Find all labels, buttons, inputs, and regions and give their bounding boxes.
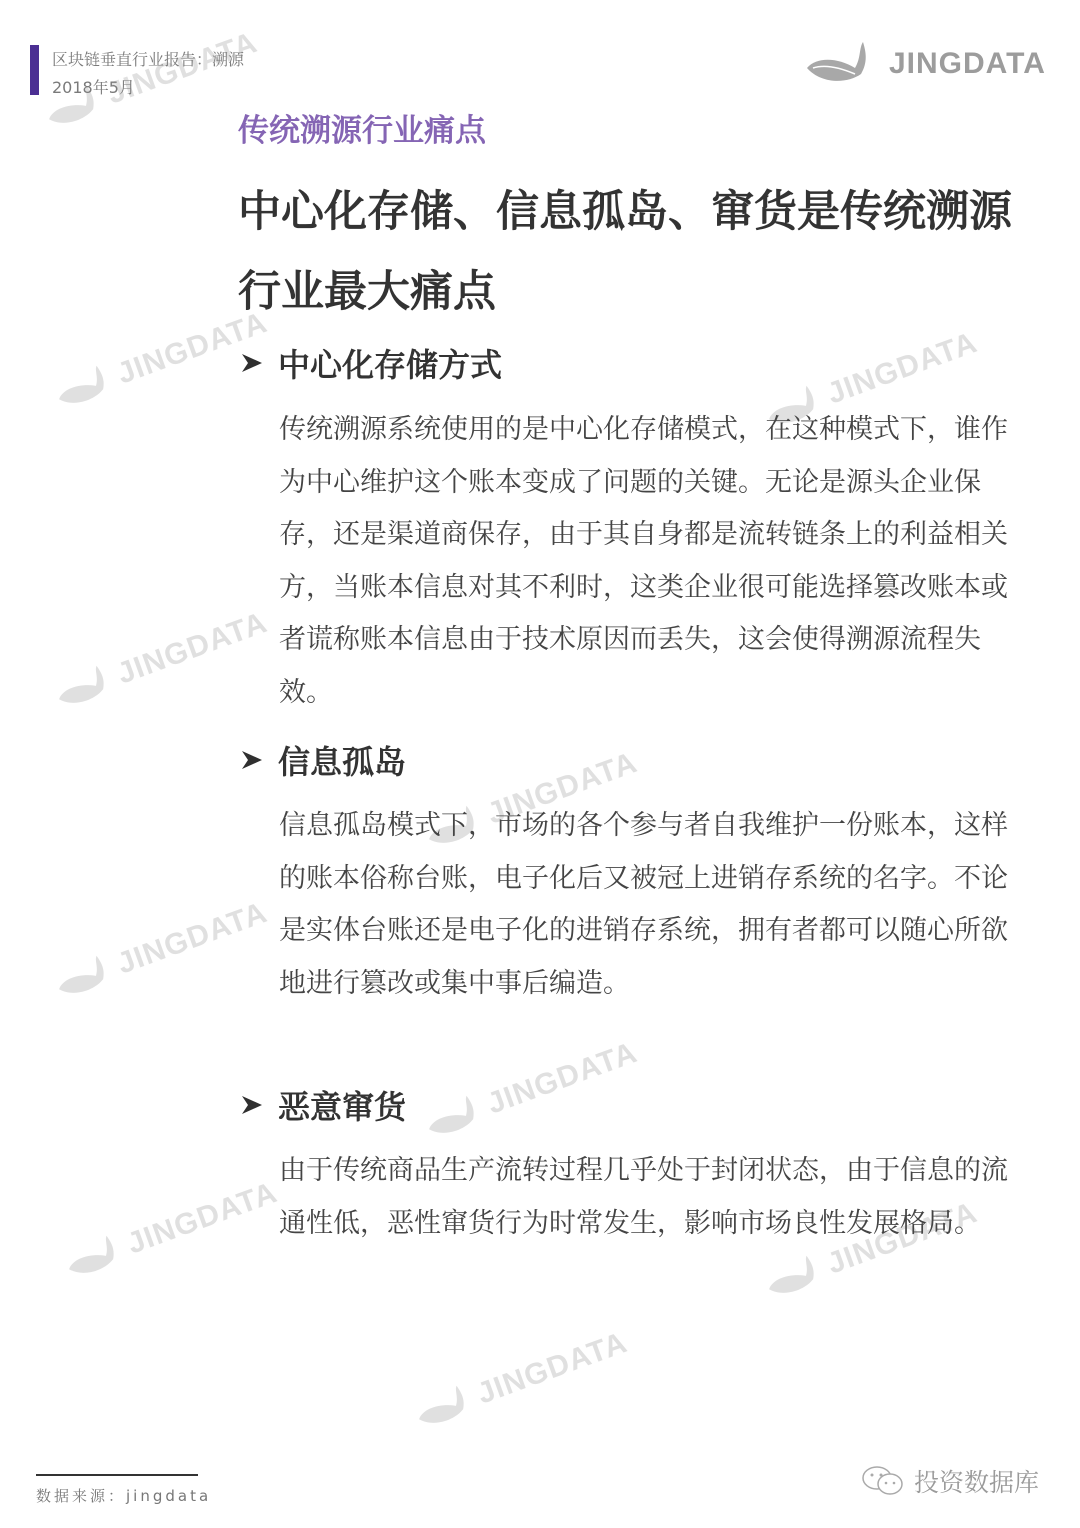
wechat-account-name: 投资数据库	[914, 1463, 1039, 1499]
paragraph-malicious-cross-selling: 由于传统商品生产流转过程几乎处于封闭状态，由于信息的流通性低，恶性窜货行为时常发…	[279, 1145, 1019, 1250]
paragraph-centralized-storage: 传统溯源系统使用的是中心化存储模式，在这种模式下，谁作为中心维护这个账本变成了问…	[279, 404, 1019, 719]
watermark: JINGDATA	[60, 1173, 283, 1287]
whale-icon	[410, 1380, 476, 1437]
paragraph-information-silos: 信息孤岛模式下，市场的各个参与者自我维护一份账本，这样的账本俗称台账，电子化后又…	[279, 800, 1019, 1010]
watermark: JINGDATA	[50, 603, 273, 717]
footer-divider	[36, 1474, 198, 1476]
header-accent-bar	[30, 45, 39, 95]
logo-text: JINGDATA	[889, 47, 1046, 81]
whale-icon	[50, 660, 116, 717]
jingdata-logo: JINGDATA	[805, 40, 1046, 88]
section-tag: 传统溯源行业痛点	[238, 105, 486, 150]
whale-icon	[760, 1250, 826, 1307]
subheading-centralized-storage: 中心化存储方式	[240, 340, 502, 386]
whale-icon	[50, 950, 116, 1007]
wechat-icon	[860, 1464, 906, 1498]
report-title: 区块链垂直行业报告：溯源	[52, 47, 244, 70]
whale-icon	[50, 360, 116, 417]
subheading-information-silos: 信息孤岛	[240, 737, 406, 783]
wechat-account-badge: 投资数据库	[860, 1463, 1039, 1499]
watermark: JINGDATA	[420, 1033, 643, 1147]
arrow-bullet-icon	[240, 1093, 264, 1117]
whale-icon	[805, 40, 871, 88]
watermark: JINGDATA	[50, 893, 273, 1007]
watermark: JINGDATA	[410, 1323, 633, 1437]
report-date: 2018年5月	[52, 75, 135, 98]
whale-icon	[420, 1090, 486, 1147]
whale-icon	[60, 1230, 126, 1287]
subheading-malicious-cross-selling: 恶意窜货	[240, 1082, 406, 1128]
data-source: 数据来源：jingdata	[36, 1485, 211, 1506]
arrow-bullet-icon	[240, 351, 264, 375]
arrow-bullet-icon	[240, 748, 264, 772]
page-title: 中心化存储、信息孤岛、窜货是传统溯源行业最大痛点	[238, 172, 1028, 332]
